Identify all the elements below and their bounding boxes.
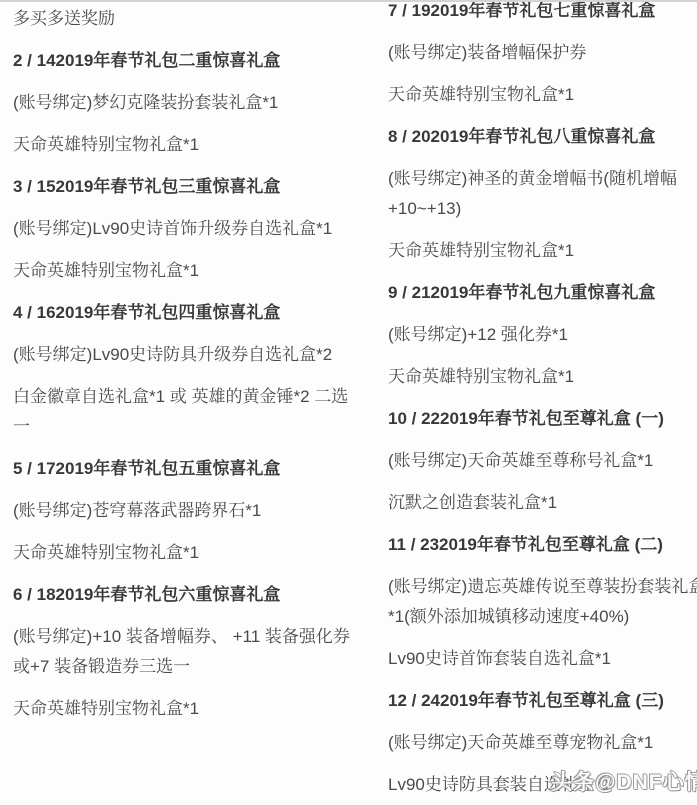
reward-item: (账号绑定)Lv90史诗防具升级券自选礼盒*2 [13, 340, 353, 370]
reward-item: (账号绑定)遗忘英雄传说至尊装扮套装礼盒 [388, 572, 697, 602]
reward-item: (账号绑定)神圣的黄金增幅书(随机增幅 [388, 164, 697, 194]
reward-item: 天命英雄特别宝物礼盒*1 [388, 362, 697, 392]
package-title: 6 / 182019年春节礼包六重惊喜礼盒 [13, 580, 353, 610]
reward-item: 天命英雄特别宝物礼盒*1 [13, 538, 353, 568]
reward-item: 天命英雄特别宝物礼盒*1 [13, 694, 353, 724]
reward-item: 天命英雄特别宝物礼盒*1 [13, 256, 353, 286]
package-title: 2 / 142019年春节礼包二重惊喜礼盒 [13, 46, 353, 76]
reward-item: 天命英雄特别宝物礼盒*1 [13, 130, 353, 160]
right-column: 7 / 192019年春节礼包七重惊喜礼盒 (账号绑定)装备增幅保护券 天命英雄… [388, 0, 697, 800]
package-title: 8 / 202019年春节礼包八重惊喜礼盒 [388, 122, 697, 152]
reward-item-continuation: *1(额外添加城镇移动速度+40%) [388, 602, 697, 632]
left-column: 多买多送奖励 2 / 142019年春节礼包二重惊喜礼盒 (账号绑定)梦幻克隆装… [13, 4, 353, 724]
package-title: 11 / 232019年春节礼包至尊礼盒 (二) [388, 530, 697, 560]
reward-item: Lv90史诗首饰套装自选礼盒*1 [388, 644, 697, 674]
reward-item: 沉默之创造套装礼盒*1 [388, 488, 697, 518]
package-title: 4 / 162019年春节礼包四重惊喜礼盒 [13, 298, 353, 328]
package-title: 7 / 192019年春节礼包七重惊喜礼盒 [388, 0, 697, 26]
reward-item: (账号绑定)+12 强化券*1 [388, 320, 697, 350]
reward-item: 天命英雄特别宝物礼盒*1 [388, 80, 697, 110]
package-title: 5 / 172019年春节礼包五重惊喜礼盒 [13, 454, 353, 484]
package-title: 12 / 242019年春节礼包至尊礼盒 (三) [388, 686, 697, 716]
reward-item: (账号绑定)+10 装备增幅券、 +11 装备强化券 [13, 622, 353, 652]
reward-item: 天命英雄特别宝物礼盒*1 [388, 236, 697, 266]
package-title: 3 / 152019年春节礼包三重惊喜礼盒 [13, 172, 353, 202]
reward-item-continuation: 或+7 装备锻造券三选一 [13, 652, 353, 682]
reward-item: (账号绑定)天命英雄至尊称号礼盒*1 [388, 446, 697, 476]
article-page: 多买多送奖励 2 / 142019年春节礼包二重惊喜礼盒 (账号绑定)梦幻克隆装… [0, 0, 697, 805]
watermark: 头条@DNF心情屋 [551, 766, 697, 796]
package-title: 9 / 212019年春节礼包九重惊喜礼盒 [388, 278, 697, 308]
reward-item: (账号绑定)苍穹幕落武器跨界石*1 [13, 496, 353, 526]
reward-item: (账号绑定)Lv90史诗首饰升级券自选礼盒*1 [13, 214, 353, 244]
section-label: 多买多送奖励 [13, 4, 353, 34]
reward-item-continuation: +10~+13) [388, 194, 697, 224]
reward-item-continuation: 一 [13, 412, 353, 442]
reward-item: (账号绑定)天命英雄至尊宠物礼盒*1 [388, 728, 697, 758]
reward-item: (账号绑定)装备增幅保护券 [388, 38, 697, 68]
package-title: 10 / 222019年春节礼包至尊礼盒 (一) [388, 404, 697, 434]
reward-item: (账号绑定)梦幻克隆装扮套装礼盒*1 [13, 88, 353, 118]
reward-item: 白金徽章自选礼盒*1 或 英雄的黄金锤*2 二选 [13, 382, 353, 412]
